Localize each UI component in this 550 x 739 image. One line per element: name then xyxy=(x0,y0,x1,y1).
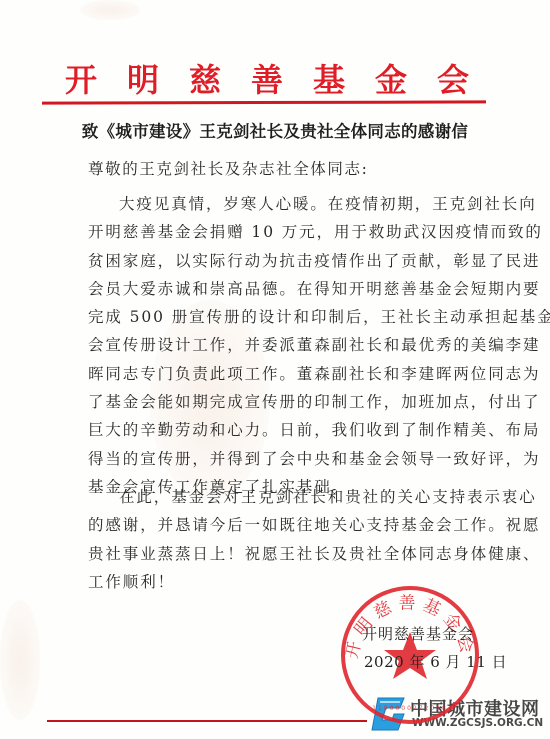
paragraph-line: 在此，基金会对王克剑社长和贵社的关心支持表示衷心 xyxy=(88,483,483,511)
paragraph-line: 贫困家庭，以实际行动为抗击疫情作出了贡献，彰显了民进 xyxy=(88,247,483,275)
letter-signature: 开明慈善基金会 xyxy=(362,623,474,644)
paragraph-line: 的感谢，并恳请今后一如既往地关心支持基金会工作。祝愿 xyxy=(88,511,483,539)
paragraph-line: 晖同志专门负责此项工作。董森副社长和李建晖两位同志为 xyxy=(88,360,483,388)
paragraph-line: 得当的宣传册，并得到了会中央和基金会领导一致好评，为 xyxy=(88,445,483,473)
paragraph-line: 会宣传册设计工作，并委派董森副社长和最优秀的美编李建 xyxy=(88,331,483,359)
letterhead-organization-name: 开明慈善基金会 xyxy=(44,62,502,98)
letter-date: 2020 年 6 月 11 日 xyxy=(364,651,507,672)
paper-stain xyxy=(80,0,140,20)
letterhead-divider xyxy=(42,100,486,104)
paragraph-line: 贵社事业蒸蒸日上！祝愿王社长及贵社全体同志身体健康、 xyxy=(88,540,483,568)
paragraph-line: 了基金会能如期完成宣传册的印制工作，加班加点，付出了 xyxy=(88,388,483,416)
paragraph-line: 巨大的辛勤劳动和心力。日前，我们收到了制作精美、布局 xyxy=(88,416,483,444)
paper-stain xyxy=(0,600,40,720)
letter-title: 致《城市建设》王克剑社长及贵社全体同志的感谢信 xyxy=(0,118,550,142)
paragraph-line: 大疫见真情，岁寒人心暖。在疫情初期，王克剑社长向 xyxy=(88,190,483,218)
paragraph-line: 开明慈善基金会捐赠 10 万元，用于救助武汉因疫情而致的 xyxy=(88,218,483,246)
paragraph-line: 会员大爱赤诚和崇高品德。在得知开明慈善基金会短期内要 xyxy=(88,275,483,303)
paragraph-line: 完成 500 册宣传册的设计和印制后，王社长主动承担起基金 xyxy=(88,303,483,331)
svg-text:1100000272098: 1100000272098 xyxy=(372,705,448,712)
letter-paragraph-1: 大疫见真情，岁寒人心暖。在疫情初期，王克剑社长向 开明慈善基金会捐赠 10 万元… xyxy=(88,190,483,501)
footer-divider xyxy=(47,720,367,722)
letter-salutation: 尊敬的王克剑社长及杂志社全体同志: xyxy=(88,157,368,179)
